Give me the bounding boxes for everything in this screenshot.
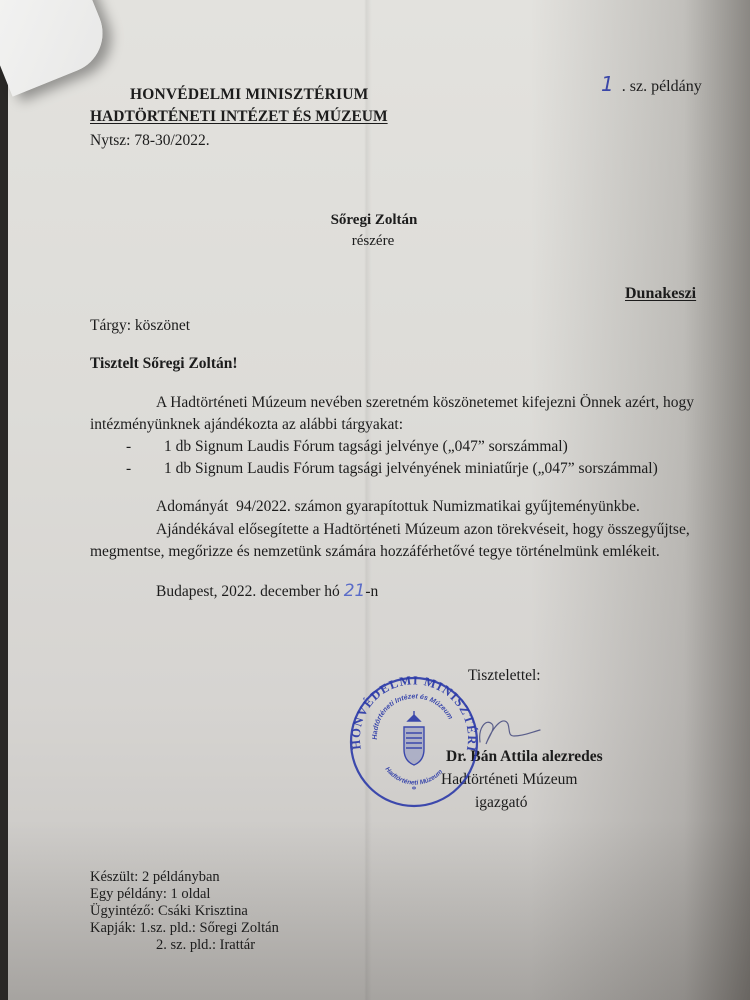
letter-page: HONVÉDELMI MINISZTÉRIUM HADTÖRTÉNETI INT…	[8, 0, 750, 1000]
date-prefix: Budapest, 2022. december hó	[156, 583, 344, 600]
handwritten-copy-number: 1	[601, 72, 614, 96]
recipient-city: Dunakeszi	[625, 285, 696, 303]
recipient-for-label: részére	[0, 233, 750, 250]
registry-number: Nytsz: 78-30/2022.	[90, 132, 210, 150]
salutation: Tisztelt Sőregi Zoltán!	[90, 355, 238, 373]
ministry-heading: HONVÉDELMI MINISZTÉRIUM	[130, 86, 368, 104]
copy-marker: 1. sz. példány	[601, 72, 702, 96]
paragraph-1-line-2: intézményünknek ajándékozta az alábbi tá…	[90, 416, 403, 434]
footer-recipients-2: 2. sz. pld.: Irattár	[156, 937, 255, 954]
recipient-name: Sőregi Zoltán	[0, 212, 750, 229]
handwritten-day: 21	[344, 581, 366, 601]
list-item-text: 1 db Signum Laudis Fórum tagsági jelvény…	[164, 460, 658, 477]
subject-line: Tárgy: köszönet	[90, 317, 190, 335]
svg-text:Hadtörténeti Múzeum: Hadtörténeti Múzeum	[384, 766, 445, 787]
folded-paper-corner	[0, 0, 115, 97]
footer-prepared: Készült: 2 példányban	[90, 869, 220, 886]
footer-pages: Egy példány: 1 oldal	[90, 886, 210, 903]
bullet-dash: -	[126, 438, 164, 456]
list-item-text: 1 db Signum Laudis Fórum tagsági jelvény…	[164, 438, 568, 455]
institute-heading: HADTÖRTÉNETI INTÉZET ÉS MÚZEUM	[90, 108, 388, 126]
footer-officer: Ügyintéző: Csáki Krisztina	[90, 903, 248, 920]
recipient-block: Sőregi Zoltán részére	[8, 212, 750, 250]
coat-of-arms-icon	[404, 711, 424, 765]
paragraph-2: Adományát 94/2022. számon gyarapítottuk …	[156, 498, 640, 516]
bullet-dash: -	[126, 460, 164, 478]
copy-label: . sz. példány	[622, 78, 702, 95]
paragraph-3-line-1: Ajándékával elősegítette a Hadtörténeti …	[156, 521, 690, 539]
handwritten-signature	[474, 714, 544, 750]
list-item: -1 db Signum Laudis Fórum tagsági jelvén…	[126, 438, 568, 456]
official-stamp: HONVÉDELMI MINISZTÉRIUM Hadtörténeti Int…	[348, 675, 480, 809]
footer-recipients-1: Kapják: 1.sz. pld.: Sőregi Zoltán	[90, 920, 279, 937]
paragraph-1-line-1: A Hadtörténeti Múzeum nevében szeretném …	[156, 394, 694, 412]
stamp-bottom-text: Hadtörténeti Múzeum	[384, 766, 445, 787]
paragraph-3-line-2: megmentse, megőrizze és nemzetünk számár…	[90, 543, 660, 561]
signer-position: igazgató	[475, 794, 528, 812]
date-suffix: -n	[365, 583, 378, 600]
date-line: Budapest, 2022. december hó 21-n	[156, 581, 378, 601]
stamp-star-icon: *	[412, 785, 417, 796]
list-item: -1 db Signum Laudis Fórum tagsági jelvén…	[126, 460, 658, 478]
